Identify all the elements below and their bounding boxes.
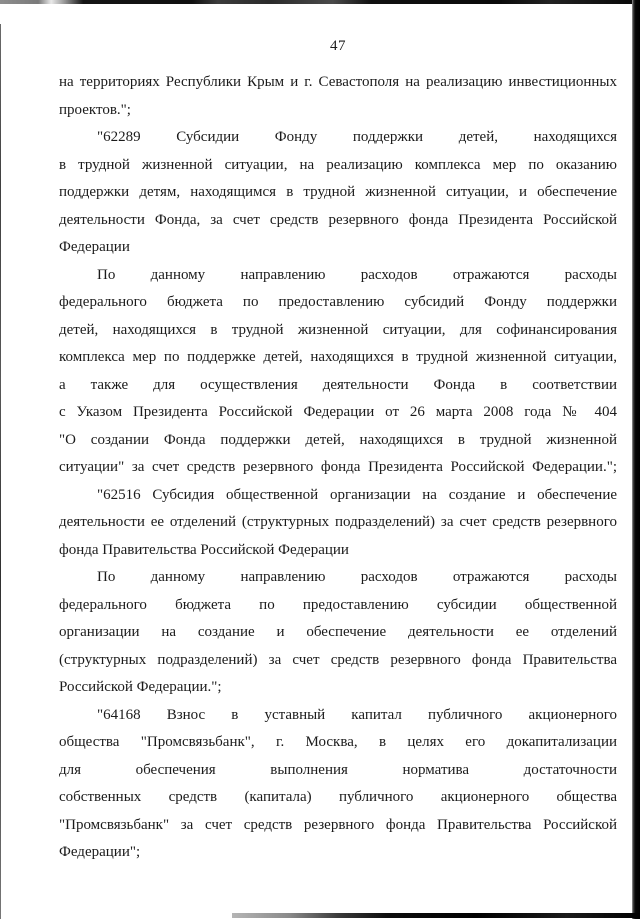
text-line: детей, находящихся в трудной жизненной с… [59, 317, 617, 345]
text-line: (структурных подразделений) за счет сред… [59, 647, 617, 675]
text-line: "64168 Взнос в уставный капитал публично… [59, 702, 617, 730]
text-line: поддержки детям, находящимся в трудной ж… [59, 179, 617, 207]
text-line: проектов."; [59, 97, 617, 125]
text-line: организации на создание и обеспечение де… [59, 619, 617, 647]
text-line: общества "Промсвязьбанк", г. Москва, в ц… [59, 729, 617, 757]
text-line: ситуации" за счет средств резервного фон… [59, 454, 617, 482]
text-line: комплекса мер по поддержке детей, находя… [59, 344, 617, 372]
text-line: Российской Федерации."; [59, 674, 617, 702]
text-line: деятельности Фонда, за счет средств резе… [59, 207, 617, 235]
text-line: собственных средств (капитала) публичног… [59, 784, 617, 812]
text-line: для обеспечения выполнения норматива дос… [59, 757, 617, 785]
text-line: "62289 Субсидии Фонду поддержки детей, н… [59, 124, 617, 152]
text-line: "62516 Субсидия общественной организации… [59, 482, 617, 510]
text-line: федерального бюджета по предоставлению с… [59, 592, 617, 620]
text-line: "О создании Фонда поддержки детей, наход… [59, 427, 617, 455]
text-line: фонда Правительства Российской Федерации [59, 537, 617, 565]
page-number: 47 [59, 38, 617, 55]
text-line: По данному направлению расходов отражают… [59, 564, 617, 592]
scan-edge-top-bar [0, 0, 640, 4]
text-line: деятельности ее отделений (структурных п… [59, 509, 617, 537]
document-page: 47 на территориях Республики Крым и г. С… [0, 0, 640, 919]
text-line: на территориях Республики Крым и г. Сева… [59, 69, 617, 97]
document-body: на территориях Республики Крым и г. Сева… [59, 69, 617, 867]
text-line: Федерации [59, 234, 617, 262]
text-line: Федерации"; [59, 839, 617, 867]
text-line: а также для осуществления деятельности Ф… [59, 372, 617, 400]
text-line: "Промсвязьбанк" за счет средств резервно… [59, 812, 617, 840]
text-line: в трудной жизненной ситуации, на реализа… [59, 152, 617, 180]
text-line: с Указом Президента Российской Федерации… [59, 399, 617, 427]
scan-edge-bottom-bar [232, 913, 640, 918]
scan-edge-left-line [0, 24, 1, 919]
text-line: По данному направлению расходов отражают… [59, 262, 617, 290]
text-line: федерального бюджета по предоставлению с… [59, 289, 617, 317]
scan-edge-right-bar [632, 0, 640, 919]
